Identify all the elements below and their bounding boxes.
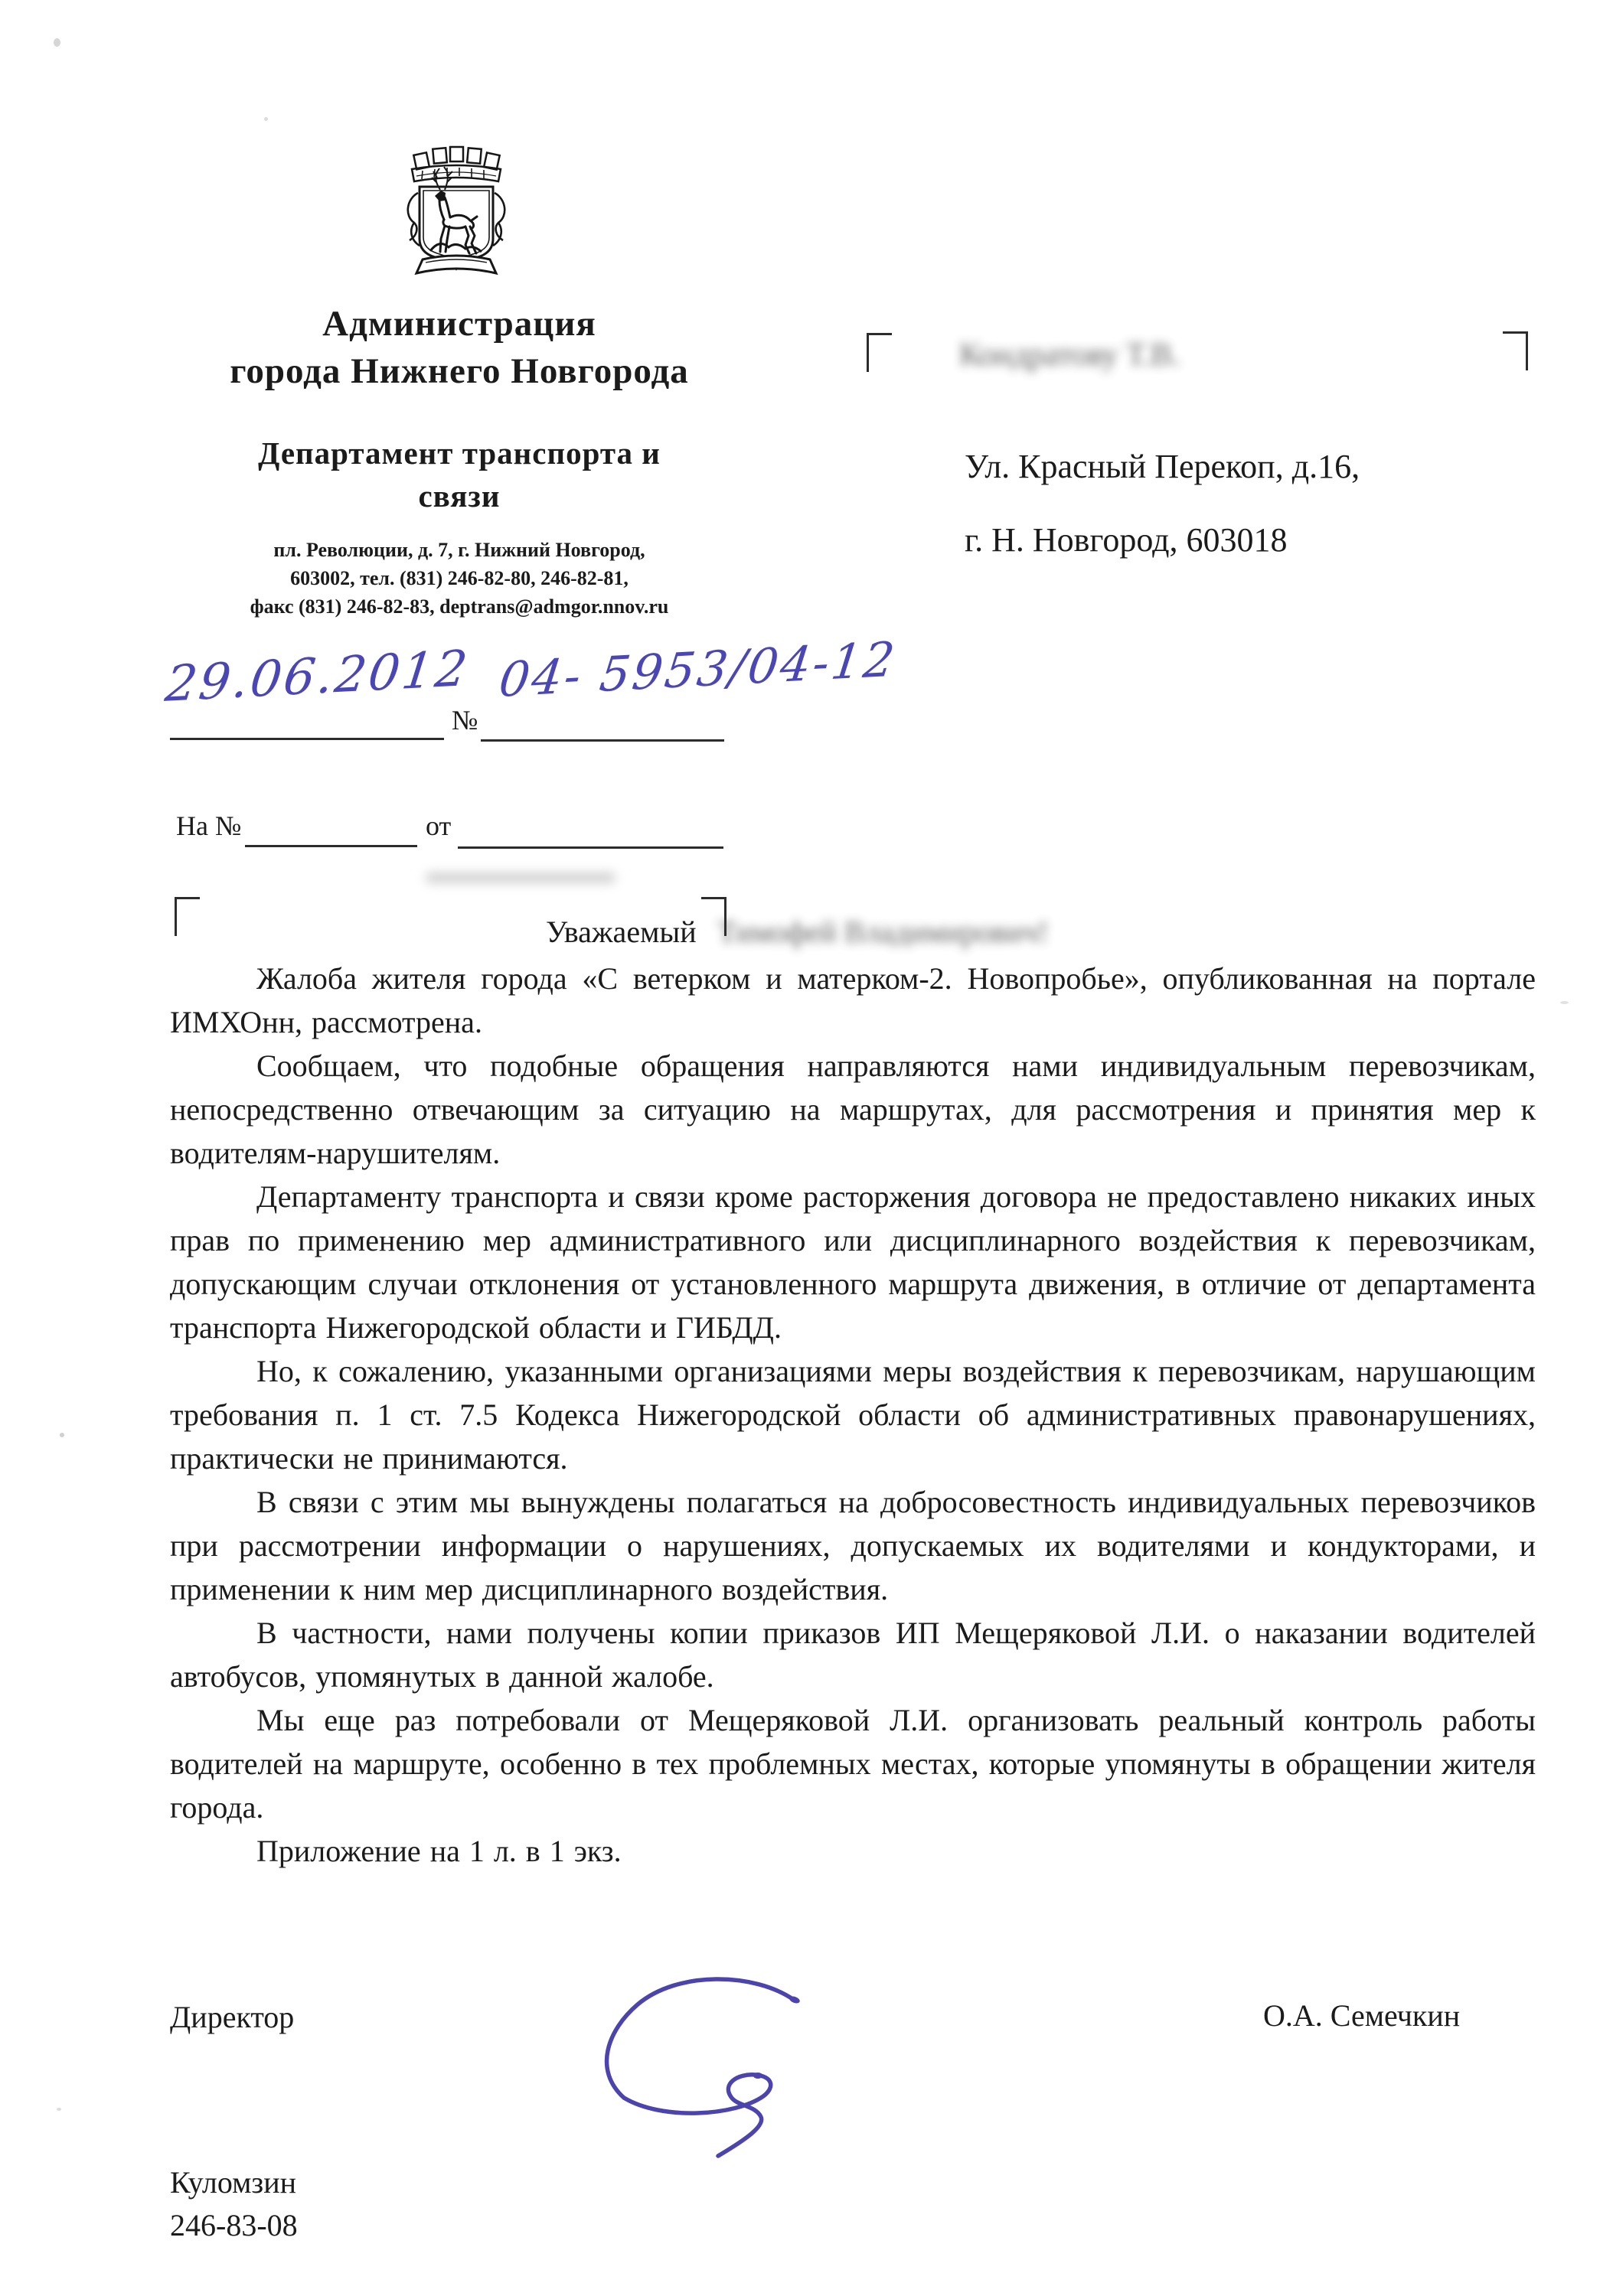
corner-bracket-top-left [867,333,892,372]
dept-name-line2: связи [107,478,811,514]
corner-bracket-bottom-left [175,897,200,936]
signer-title: Директор [170,1999,294,2035]
letterhead-address-line3: факс (831) 246-82-83, deptrans@admgor.nn… [107,592,811,621]
number-sign-label: № [452,704,478,736]
date-underline [170,738,444,740]
reply-number-underline [245,845,417,847]
salutation-word: Уважаемый [546,915,697,949]
paragraph: Департаменту транспорта и связи кроме ра… [170,1175,1536,1349]
paragraph: Мы еще раз потребовали от Мещеряковой Л.… [170,1698,1536,1829]
paragraph: Жалоба жителя города «С ветерком и матер… [170,957,1536,1044]
number-underline [481,739,724,742]
executor-name: Куломзин [170,2164,296,2200]
handwritten-date: 29.06.2012 [162,641,472,713]
scan-smudge [426,872,615,883]
scanned-letter-page: Администрация города Нижнего Новгорода Д… [0,0,1613,2296]
org-name-line1: Администрация [107,303,811,344]
recipient-address: Ул. Красный Перекоп, д.16, г. Н. Новгоро… [965,430,1360,577]
reply-date-underline [458,846,723,849]
scan-speck [54,38,60,47]
salutation-line: Уважаемый Тимофей Владимирович! [546,914,1049,950]
scan-speck [60,1433,64,1437]
paragraph: В частности, нами получены копии приказо… [170,1611,1536,1698]
paragraph: В связи с этим мы вынуждены полагаться н… [170,1480,1536,1611]
recipient-address-line2: г. Н. Новгород, 603018 [965,504,1360,577]
letterhead: Администрация города Нижнего Новгорода Д… [107,303,811,621]
org-name-line2: города Нижнего Новгорода [107,351,811,392]
reply-to-number-label: На № [176,810,241,842]
corner-bracket-top-right [1503,331,1528,370]
letterhead-address-line1: пл. Революции, д. 7, г. Нижний Новгород, [107,536,811,564]
salutation-name-redacted: Тимофей Владимирович! [718,915,1049,949]
letterhead-address-line2: 603002, тел. (831) 246-82-80, 246-82-81, [107,564,811,592]
coat-of-arms-icon [397,145,516,279]
reply-from-label: от [426,810,451,842]
handwritten-number: 04- 5953/04-12 [496,631,900,708]
paragraph: Приложение на 1 л. в 1 экз. [170,1829,1536,1873]
scan-speck [1560,1001,1569,1004]
signature-ink-stroke [563,1948,884,2170]
recipient-name-redacted: Кондратову Т.В. [959,337,1180,373]
dept-name-line1: Департамент транспорта и [107,435,811,471]
letter-body: Жалоба жителя города «С ветерком и матер… [170,957,1536,1873]
paragraph: Но, к сожалению, указанными организациям… [170,1349,1536,1480]
recipient-address-line1: Ул. Красный Перекоп, д.16, [965,430,1360,504]
signer-name: О.А. Семечкин [1263,1998,1460,2033]
executor-phone: 246-83-08 [170,2207,298,2243]
scan-speck [57,2108,61,2111]
scan-speck [264,117,268,121]
paragraph: Сообщаем, что подобные обращения направл… [170,1044,1536,1175]
